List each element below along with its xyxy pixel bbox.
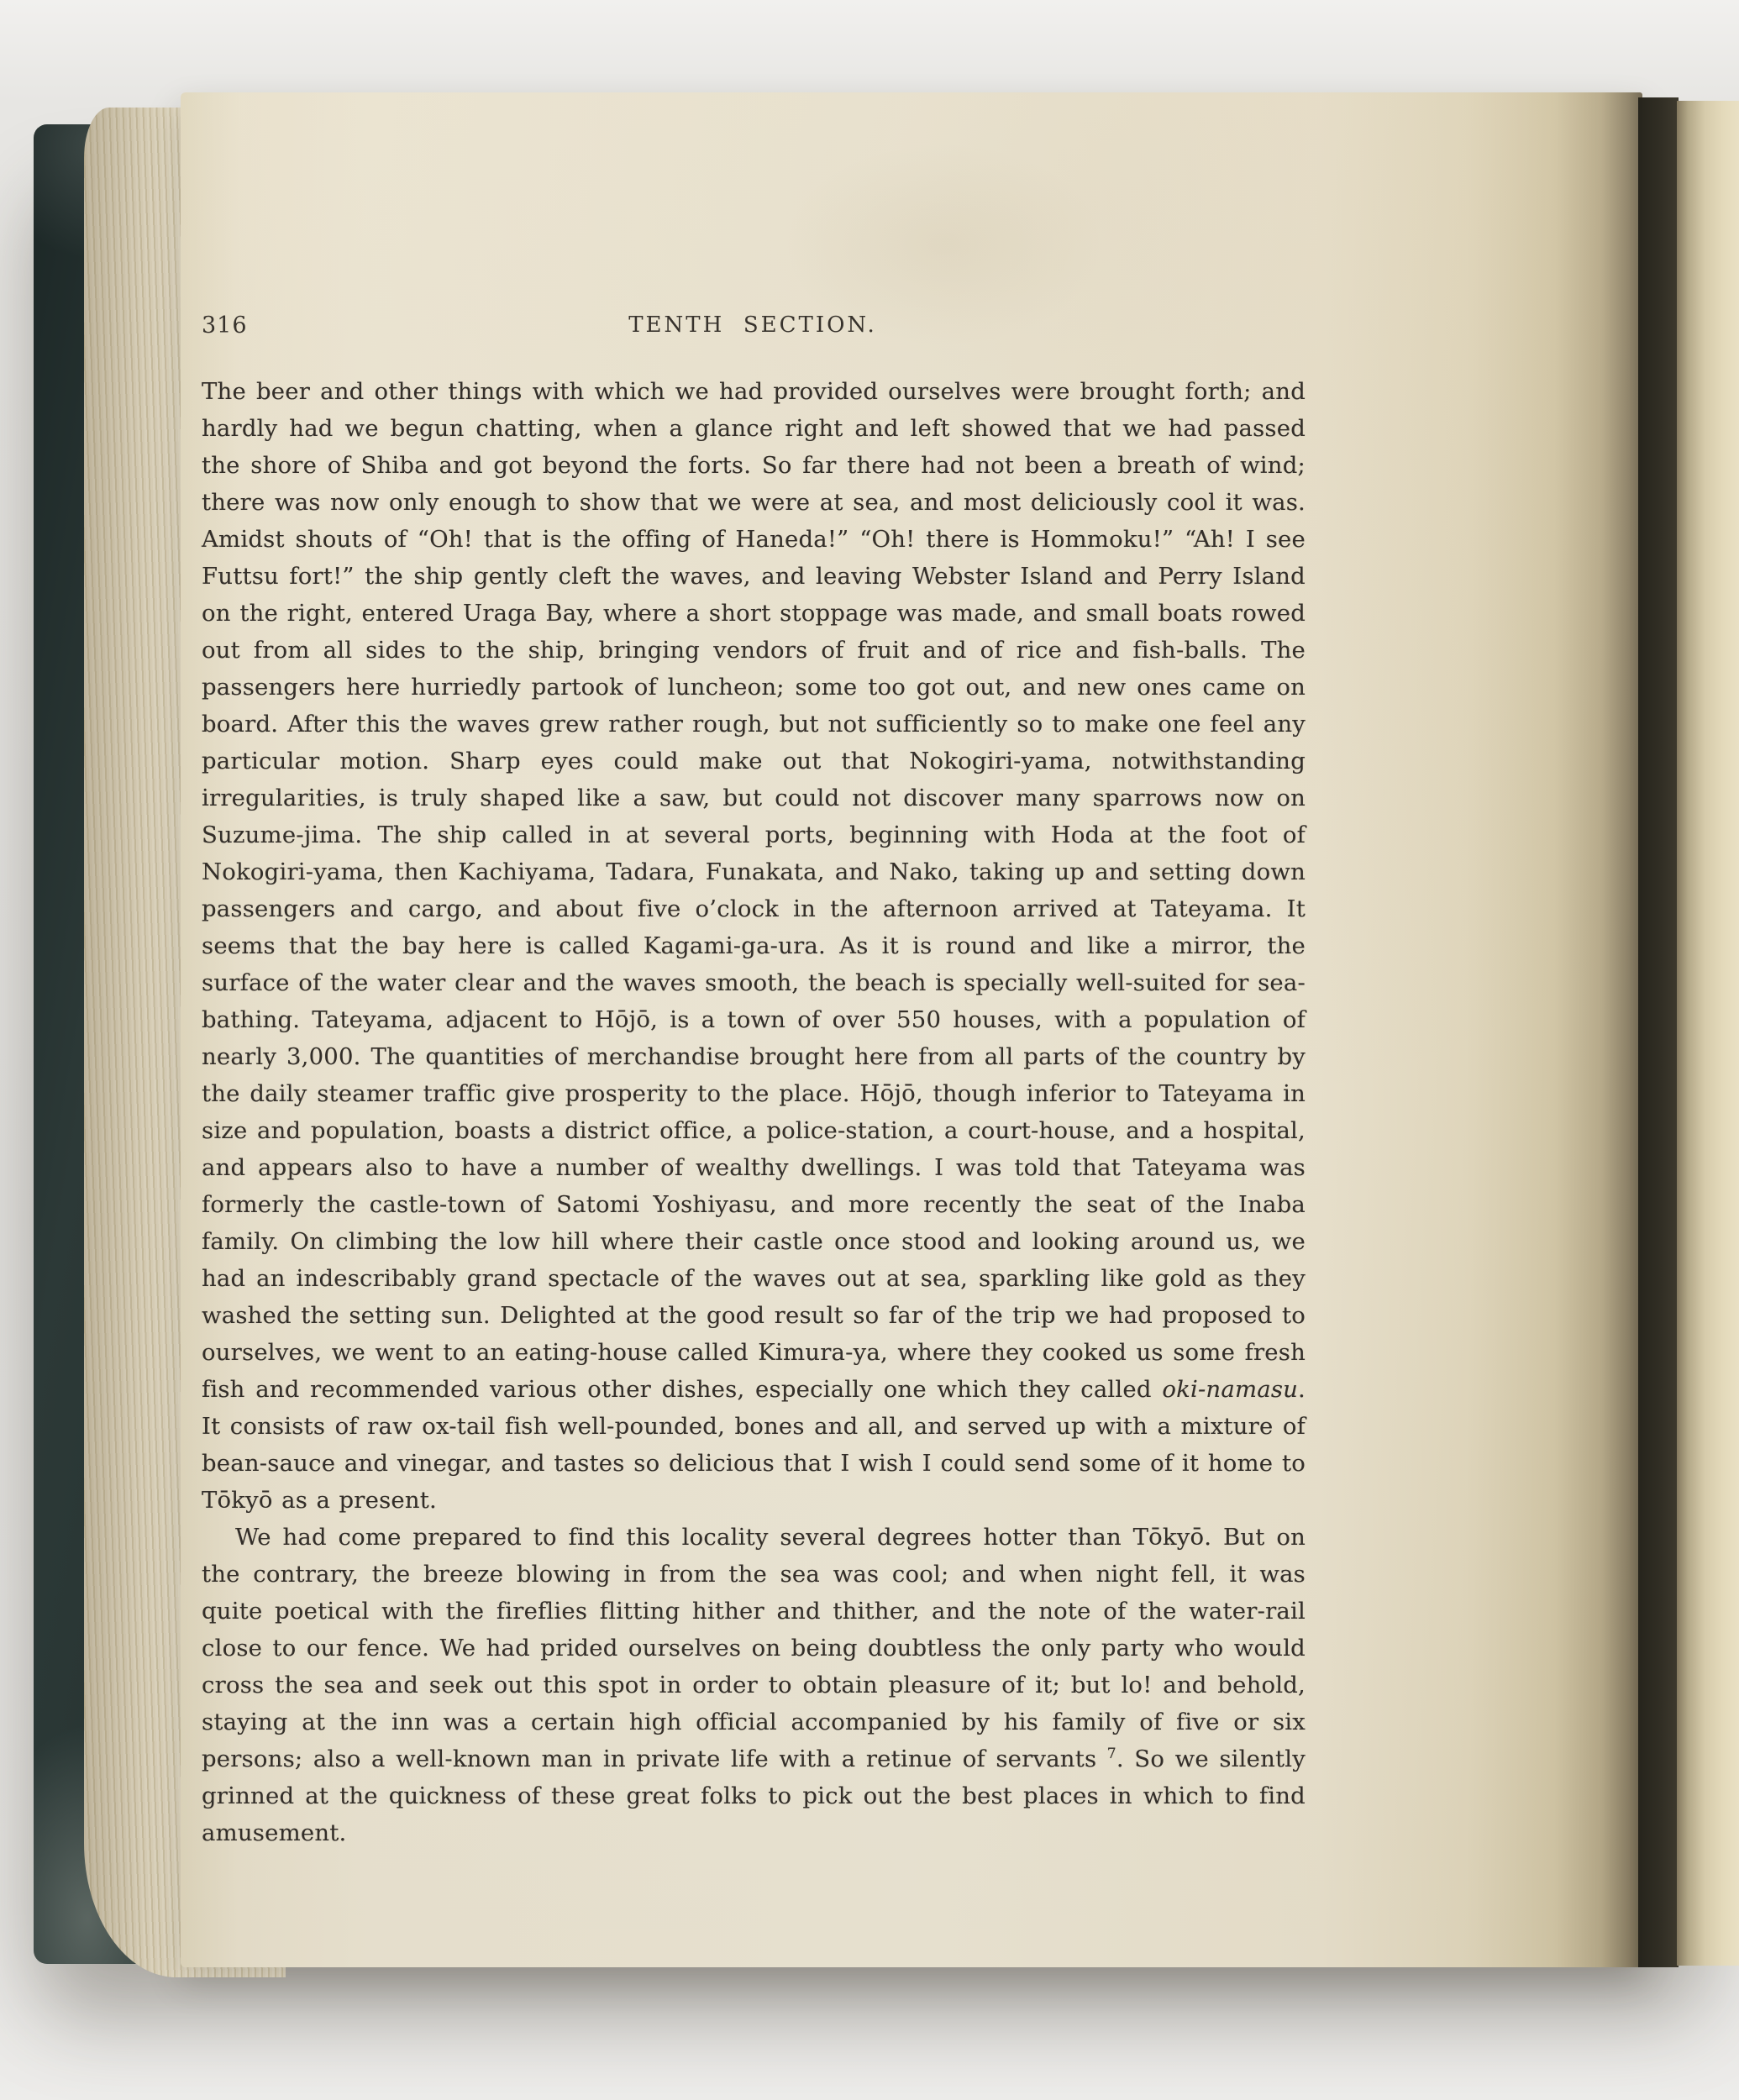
text-segment-sup: 7: [1107, 1746, 1116, 1762]
page-header-row: 316 TENTH SECTION.: [202, 312, 1304, 349]
text-segment: We had come prepared to find this locali…: [202, 1524, 1306, 1772]
text-segment: The beer and other things with which we …: [202, 378, 1306, 1403]
running-header: TENTH SECTION.: [202, 312, 1304, 338]
paragraph: We had come prepared to find this locali…: [202, 1519, 1306, 1851]
page-body: The beer and other things with which we …: [202, 373, 1306, 1851]
text-segment-italic: oki-namasu: [1162, 1376, 1298, 1403]
book-gutter: [1638, 97, 1679, 1967]
paragraph: The beer and other things with which we …: [202, 373, 1306, 1519]
photo-backdrop: 316 TENTH SECTION. The beer and other th…: [0, 0, 1739, 2100]
facing-page-edge: [1677, 101, 1739, 1966]
